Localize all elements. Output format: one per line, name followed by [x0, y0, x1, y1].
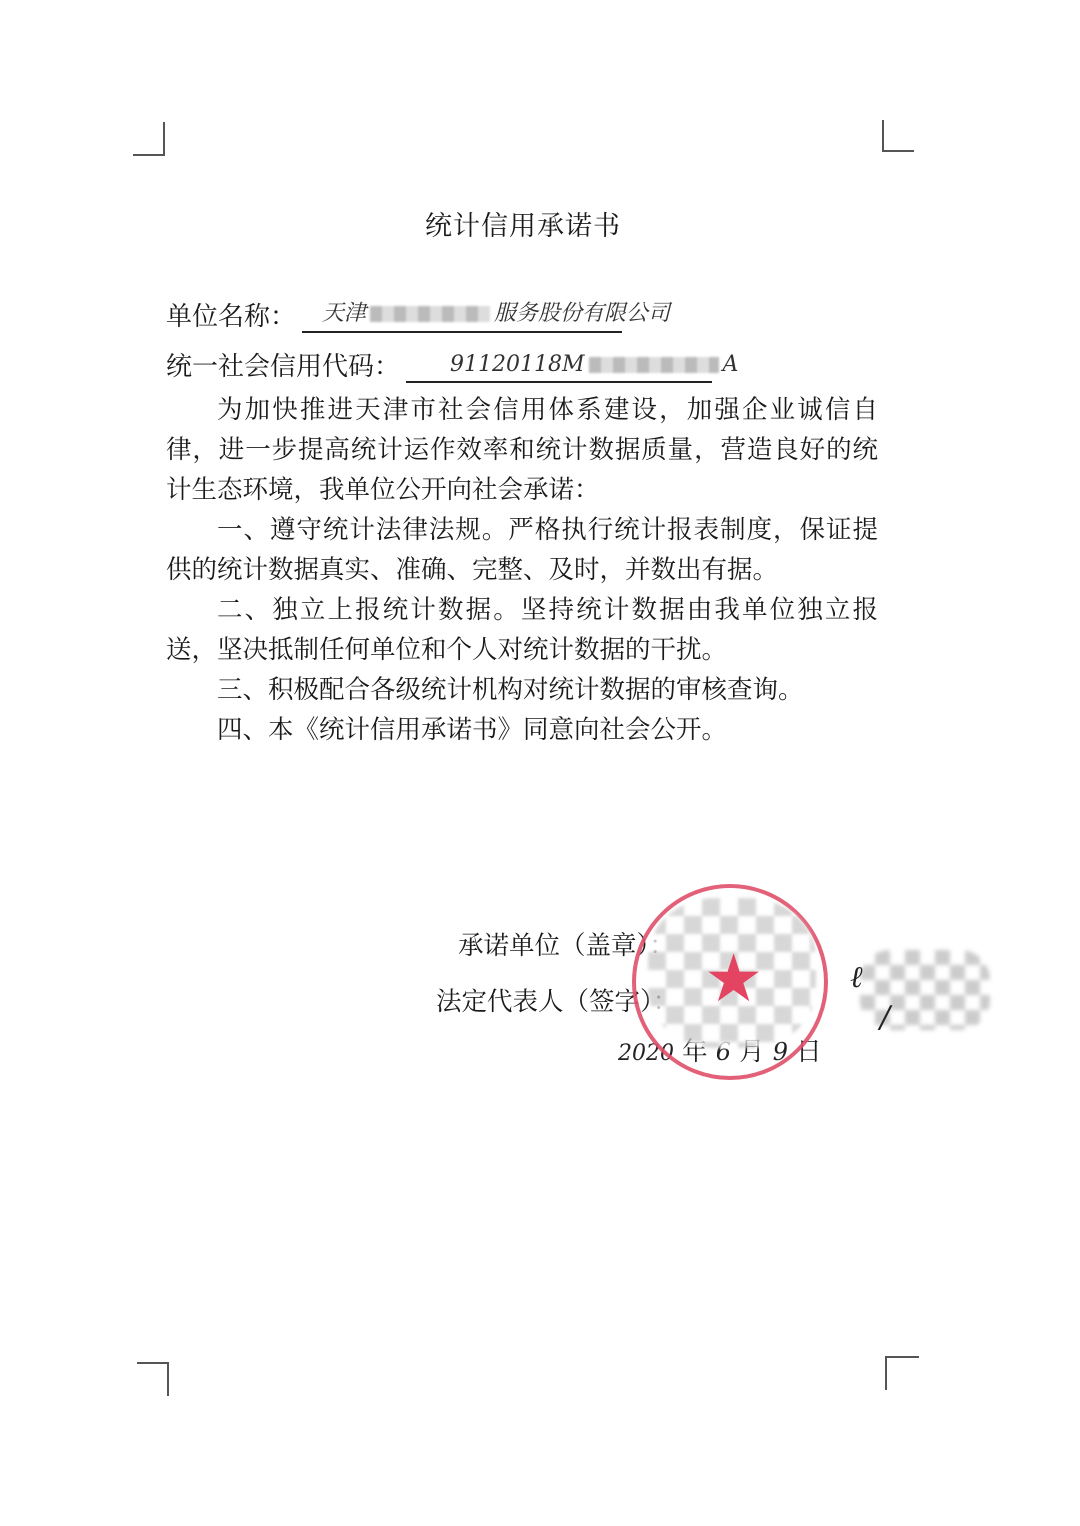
document-body: 为加快推进天津市社会信用体系建设，加强企业诚信自律，进一步提高统计运作效率和统计… [166, 390, 878, 750]
credit-code-line: 91120118MA [406, 351, 712, 383]
commitment-4: 四、本《统计信用承诺书》同意向社会公开。 [166, 710, 878, 750]
credit-code-handwritten: 91120118MA [450, 352, 738, 377]
crop-mark-top-right [882, 120, 914, 152]
intro-paragraph: 为加快推进天津市社会信用体系建设，加强企业诚信自律，进一步提高统计运作效率和统计… [166, 390, 878, 510]
crop-mark-top-left [133, 122, 165, 156]
crop-mark-bottom-right [885, 1356, 919, 1390]
signature-stroke: ℓ [850, 960, 863, 995]
star-icon: ★ [704, 946, 763, 1012]
commitment-2: 二、独立上报统计数据。坚持统计数据由我单位独立报送，坚决抵制任何单位和个人对统计… [166, 590, 878, 670]
unit-name-field: 单位名称： 天津服务股份有限公司 [166, 296, 622, 333]
signature-stroke: / [880, 1000, 890, 1035]
document-title: 统计信用承诺书 [0, 204, 1046, 243]
credit-code-label: 统一社会信用代码： [166, 346, 400, 383]
unit-name-line: 天津服务股份有限公司 [302, 301, 622, 333]
credit-code-field: 统一社会信用代码： 91120118MA [166, 346, 712, 383]
commitment-3: 三、积极配合各级统计机构对统计数据的审核查询。 [166, 670, 878, 710]
company-seal-stamp: ★ [632, 884, 828, 1080]
unit-name-label: 单位名称： [166, 296, 296, 333]
unit-name-handwritten: 天津服务股份有限公司 [322, 296, 670, 327]
crop-mark-bottom-left [137, 1362, 169, 1396]
redacted-blur [589, 357, 719, 373]
redacted-blur [370, 306, 490, 322]
commitment-1: 一、遵守统计法律法规。严格执行统计报表制度，保证提供的统计数据真实、准确、完整、… [166, 510, 878, 590]
